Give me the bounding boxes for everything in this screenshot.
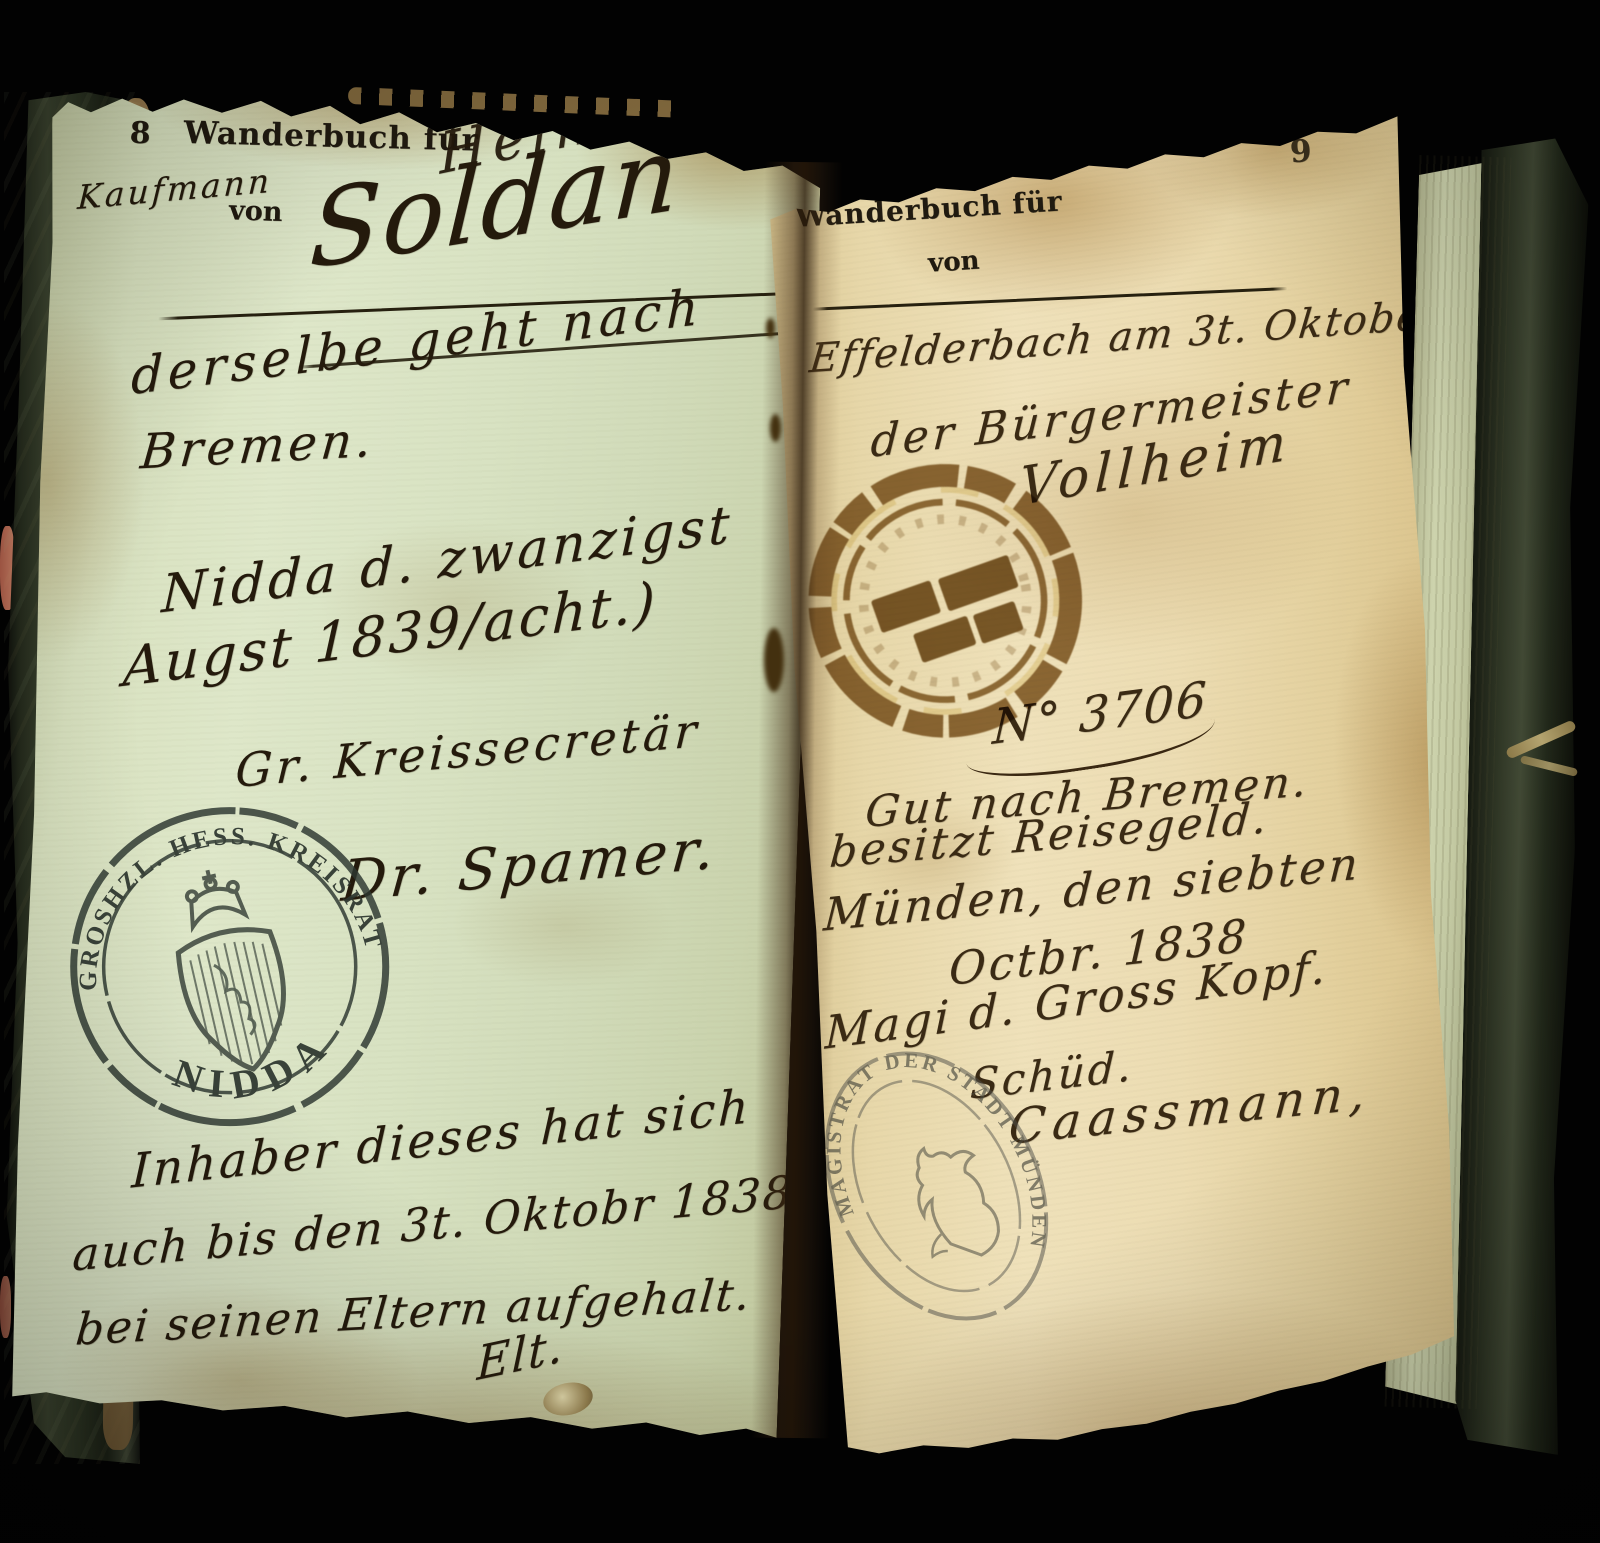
photo-canvas: 8 Wanderbuch für von Heinrich Kaufmann S…	[0, 0, 1600, 1543]
seal-arc-text-top: GROSHZL. HESS. KREISRATH	[32, 769, 388, 1023]
book-gutter-shadow	[751, 162, 842, 1439]
page-number-left: 8	[129, 116, 151, 152]
gutter-glue-crust	[764, 628, 784, 692]
handwriting-line: Bremen.	[138, 412, 377, 481]
handwriting-signature: Dr. Spamer.	[339, 816, 721, 915]
stamp-block-letters	[871, 553, 1033, 675]
printed-von-right: von	[927, 246, 980, 279]
gutter-glue-crust	[770, 414, 781, 442]
page-number-right: 9	[1289, 133, 1313, 170]
svg-text:GROSHZL. HESS. KREISRATH: GROSHZL. HESS. KREISRATH	[32, 769, 388, 1023]
gutter-glue-crust	[766, 318, 775, 338]
seal-crown-icon	[181, 864, 245, 927]
handwriting-line: derselbe geht nach	[131, 277, 704, 406]
seal-lion-icon	[887, 1130, 1016, 1276]
nidda-kreisrath-seal: GROSHZL. HESS. KREISRATH NIDDA	[32, 769, 428, 1165]
right-page: 9 Wanderbuch für von Effelderbach am 3t.…	[760, 102, 1479, 1459]
left-page: 8 Wanderbuch für von Heinrich Kaufmann S…	[7, 83, 823, 1439]
handwriting-line: bei seinen Eltern aufgehalt.	[74, 1269, 754, 1356]
